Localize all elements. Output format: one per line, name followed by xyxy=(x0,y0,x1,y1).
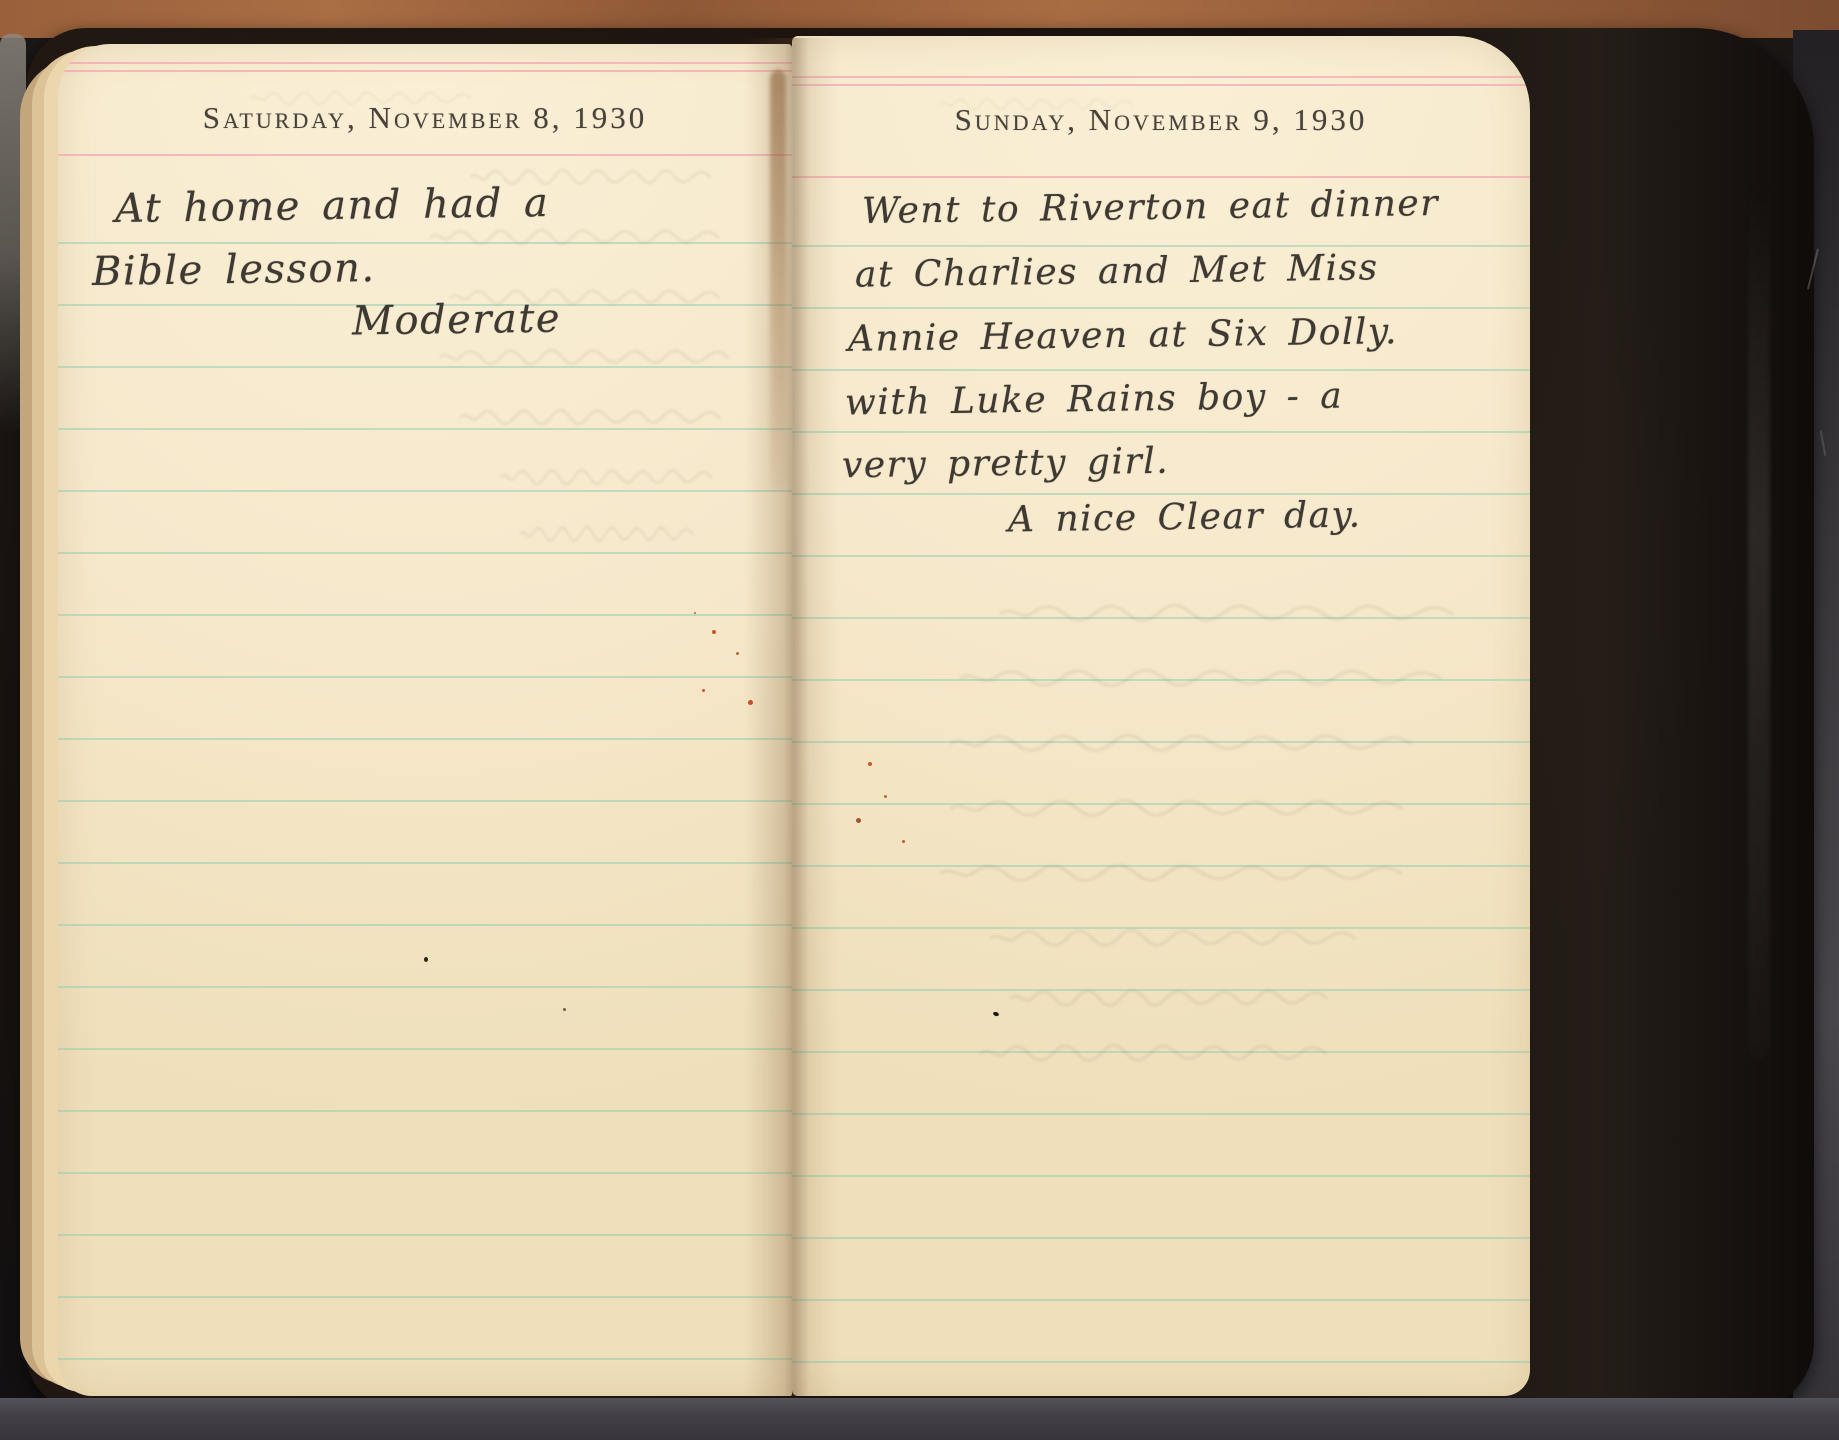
ghost-writing-line xyxy=(500,465,720,491)
handwriting-line: with Luke Rains boy - a xyxy=(845,379,1344,422)
ghost-writing-line xyxy=(940,95,1140,115)
stain-speck xyxy=(748,700,753,705)
ghost-writing-line xyxy=(950,795,1420,823)
stain-speck xyxy=(702,689,705,692)
ghost-writing-line xyxy=(950,730,1430,758)
ghost-writing-line xyxy=(990,925,1370,953)
ghost-writing-line xyxy=(450,285,730,311)
ghost-writing-line xyxy=(250,88,480,110)
ghost-writing-line xyxy=(1000,600,1470,628)
ghost-writing-line xyxy=(960,665,1460,693)
handwriting-line: Annie Heaven at Six Dolly. xyxy=(848,314,1398,358)
right-page: Sunday, November 9, 1930 Went to Riverto… xyxy=(792,36,1530,1396)
diary-photo: Saturday, November 8, 1930 At home and h… xyxy=(0,0,1839,1440)
top-rule xyxy=(58,62,792,64)
gutter-stain xyxy=(770,70,786,490)
ghost-writing-line xyxy=(460,405,730,431)
stain-speck xyxy=(736,652,739,655)
ghost-writing-line xyxy=(430,225,730,251)
handwriting-line: at Charlies and Met Miss xyxy=(855,250,1379,293)
cover-highlight xyxy=(1748,180,1770,1060)
stain-speck xyxy=(884,795,887,798)
handwriting-line: Bible lesson. xyxy=(92,248,376,292)
top-rule xyxy=(792,84,1530,86)
ink-dot xyxy=(424,957,428,962)
handwriting-line: very pretty girl. xyxy=(842,444,1170,485)
ink-dot xyxy=(563,1008,566,1011)
date-header-right: Sunday, November 9, 1930 xyxy=(792,102,1530,138)
ghost-writing-line xyxy=(440,345,740,371)
stain-speck xyxy=(868,762,872,766)
ghost-writing-line xyxy=(1010,985,1340,1013)
header-underline xyxy=(58,154,792,156)
stain-speck xyxy=(902,840,905,843)
header-underline xyxy=(792,176,1530,178)
stain-speck xyxy=(712,630,716,634)
top-rule xyxy=(792,76,1530,78)
ghost-writing-line xyxy=(470,165,720,191)
ghost-writing-line xyxy=(940,860,1420,888)
photo-bottom-edge xyxy=(0,1398,1839,1440)
gutter-shadow xyxy=(744,38,840,1396)
handwriting-line: Went to Riverton eat dinner xyxy=(862,186,1439,230)
top-rule xyxy=(58,70,792,72)
stain-speck xyxy=(694,612,696,614)
ghost-writing-line xyxy=(980,1040,1340,1068)
stain-speck xyxy=(856,818,861,823)
ghost-writing-line xyxy=(520,522,700,548)
handwriting-line: A nice Clear day. xyxy=(1008,498,1362,539)
